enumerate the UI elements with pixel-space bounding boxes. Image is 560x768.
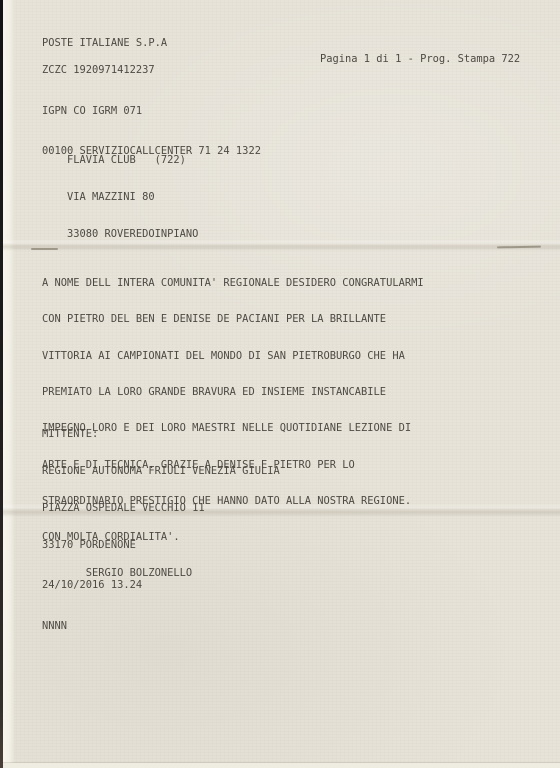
sender-line: PIAZZA OSPEDALE VECCHIO 11 (42, 502, 280, 514)
recipient-address: FLAVIA CLUB (722) VIA MAZZINI 80 33080 R… (67, 129, 198, 265)
telegram-scan-page: POSTE ITALIANE S.P.A Pagina 1 di 1 - Pro… (0, 0, 560, 768)
recipient-line: VIA MAZZINI 80 (67, 191, 198, 203)
paper-bottom-rim (3, 762, 560, 768)
code-line: IGPN CO IGRM 071 (42, 105, 261, 119)
message-line: PREMIATO LA LORO GRANDE BRAVURA ED INSIE… (42, 386, 424, 398)
transmission-footer: 24/10/2016 13.24 NNNN (42, 552, 142, 660)
fold-mark-left (31, 248, 58, 250)
sender-line: REGIONE AUTONOMA FRIULI VENEZIA GIULIA (42, 465, 280, 477)
sender-line: 33170 PORDENONE (42, 539, 280, 551)
sender-label: MITTENTE: (42, 428, 280, 440)
recipient-line: FLAVIA CLUB (722) (67, 154, 198, 166)
recipient-line: 33080 ROVEREDOINPIANO (67, 228, 198, 240)
end-of-message-code: NNNN (42, 620, 142, 634)
code-line: ZCZC 1920971412237 (42, 64, 261, 78)
sender-address: MITTENTE: REGIONE AUTONOMA FRIULI VENEZI… (42, 403, 280, 577)
message-line: CON PIETRO DEL BEN E DENISE DE PACIANI P… (42, 313, 424, 325)
page-info-text: Pagina 1 di 1 - Prog. Stampa 722 (320, 53, 520, 66)
timestamp: 24/10/2016 13.24 (42, 579, 142, 593)
message-line: VITTORIA AI CAMPIONATI DEL MONDO DI SAN … (42, 350, 424, 362)
page-info: Pagina 1 di 1 - Prog. Stampa 722 (320, 27, 520, 92)
message-line: A NOME DELL INTERA COMUNITA' REGIONALE D… (42, 277, 424, 289)
paper-left-rim (3, 0, 14, 768)
